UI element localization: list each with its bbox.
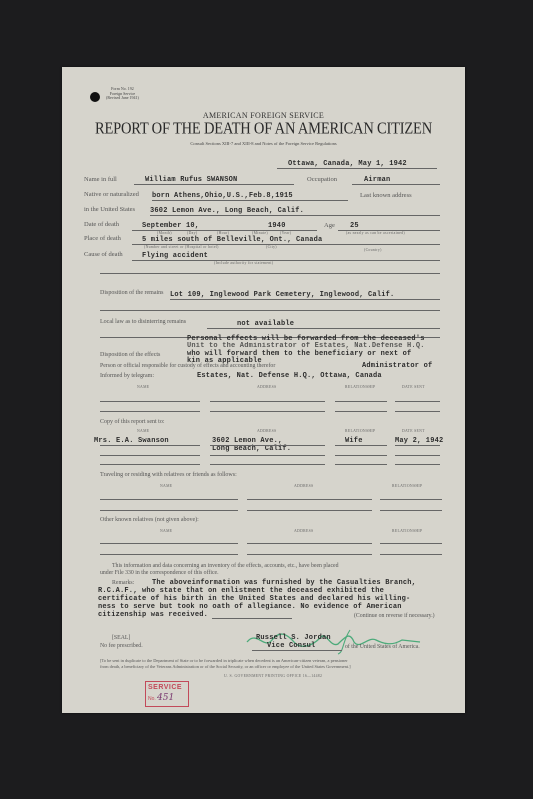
age-label: Age [324,222,335,229]
cause-of-death-label: Cause of death [84,251,123,258]
remarks-line-1: The aboveinformation was furnished by th… [152,579,416,587]
in-us-address-value: 3602 Lemon Ave., Long Beach, Calif. [150,207,304,215]
age-value: 25 [350,222,359,230]
regulations-note: Consult Sections XIII-7 and XIII-8 and N… [62,141,465,146]
place-and-date: Ottawa, Canada, May 1, 1942 [288,160,407,168]
col-name: NAME [137,385,149,389]
col-address: ADDRESS [257,385,276,389]
copy-sent-label: Copy of this report sent to: [100,419,165,425]
occupation-label: Occupation [307,176,337,183]
footer-note-1: [To be sent in duplicate to the Departme… [100,658,348,663]
inventory-note-1: This information and data concerning an … [112,563,339,569]
col-date-sent: DATE SENT [402,385,425,389]
last-address-label: Last known address [360,192,412,199]
service-number-stamp: SERVICE No. 451 [145,681,189,707]
remarks-label: Remarks: [112,580,134,586]
fee-note: No fee prescribed. [100,643,143,649]
copy-date-sent: May 2, 1942 [395,437,443,445]
occupation-value: Airman [364,176,390,184]
traveling-label: Traveling or residing with relatives or … [100,472,237,478]
custody-value: Administrator of [362,362,432,370]
signer-title: Vice Consul [267,642,315,650]
date-of-death-label: Date of death [84,221,119,228]
remarks-line-5: citizenship was received. [98,611,208,619]
local-law-value: not available [237,320,294,328]
name-label: Name in full [84,176,117,183]
death-year-value: 1940 [268,222,286,230]
native-label: Native or naturalized [84,191,139,198]
other-relatives-label: Other known relatives (not given above): [100,517,199,523]
footer-note-2: from death, a beneficiary of the Veteran… [100,664,351,669]
remarks-line-3: certificate of his birth in the United S… [98,595,410,603]
seal-label: [SEAL] [112,635,130,641]
informed-value: Estates, Nat. Defense H.Q., Ottawa, Cana… [197,372,382,380]
disposition-remains-label: Disposition of the remains [100,290,164,296]
col-relationship: RELATIONSHIP [345,385,375,389]
of-usa-label: of the United States of America. [345,644,420,650]
date-of-death-value: September 10, [142,222,199,230]
place-of-death-value: 5 miles south of Belleville, Ont., Canad… [142,236,322,244]
printer-imprint: U. S. GOVERNMENT PRINTING OFFICE 16—1448… [224,674,322,678]
remarks-line-2: R.C.A.F., who state that on enlistment t… [98,587,384,595]
disposition-remains-value: Lot 109, Inglewood Park Cemetery, Inglew… [170,291,394,299]
inventory-note-2: under File 330 in the correspondence of … [100,570,219,576]
custody-label: Person or official responsible for custo… [100,363,275,369]
local-law-label: Local law as to disinterring remains [100,319,186,325]
in-us-label: in the United States [84,206,135,213]
copy-relationship: Wife [345,437,363,445]
effects-line-2: Unit to the Administrator of Estates, Na… [187,342,425,350]
service-number: 451 [157,693,174,703]
place-of-death-label: Place of death [84,235,121,242]
form-number-block: Form No. 192 Foreign Service (Revised Ju… [106,87,139,101]
page-title: REPORT OF THE DEATH OF AN AMERICAN CITIZ… [62,120,465,140]
signer-name: Russell S. Jordan [256,634,331,642]
copy-address-1: 3602 Lemon Ave., [212,437,282,445]
agency-heading: AMERICAN FOREIGN SERVICE [62,111,465,120]
native-value: born Athens,Ohio,U.S.,Feb.8,1915 [152,192,293,200]
remarks-line-4: ness to serve but took no oath of allegi… [98,603,402,611]
copy-name: Mrs. E.A. Swanson [94,437,169,445]
continue-note: (Continue on reverse if necessary.) [354,613,435,619]
cause-of-death-value: Flying accident [142,252,208,260]
punch-hole [90,92,100,102]
copy-address-2: Long Beach, Calif. [212,445,291,453]
informed-label: Informed by telegram: [100,373,154,379]
name-value: William Rufus SWANSON [145,176,237,184]
disposition-effects-label: Disposition of the effects [100,352,160,358]
death-report-document: Form No. 192 Foreign Service (Revised Ju… [62,67,465,713]
